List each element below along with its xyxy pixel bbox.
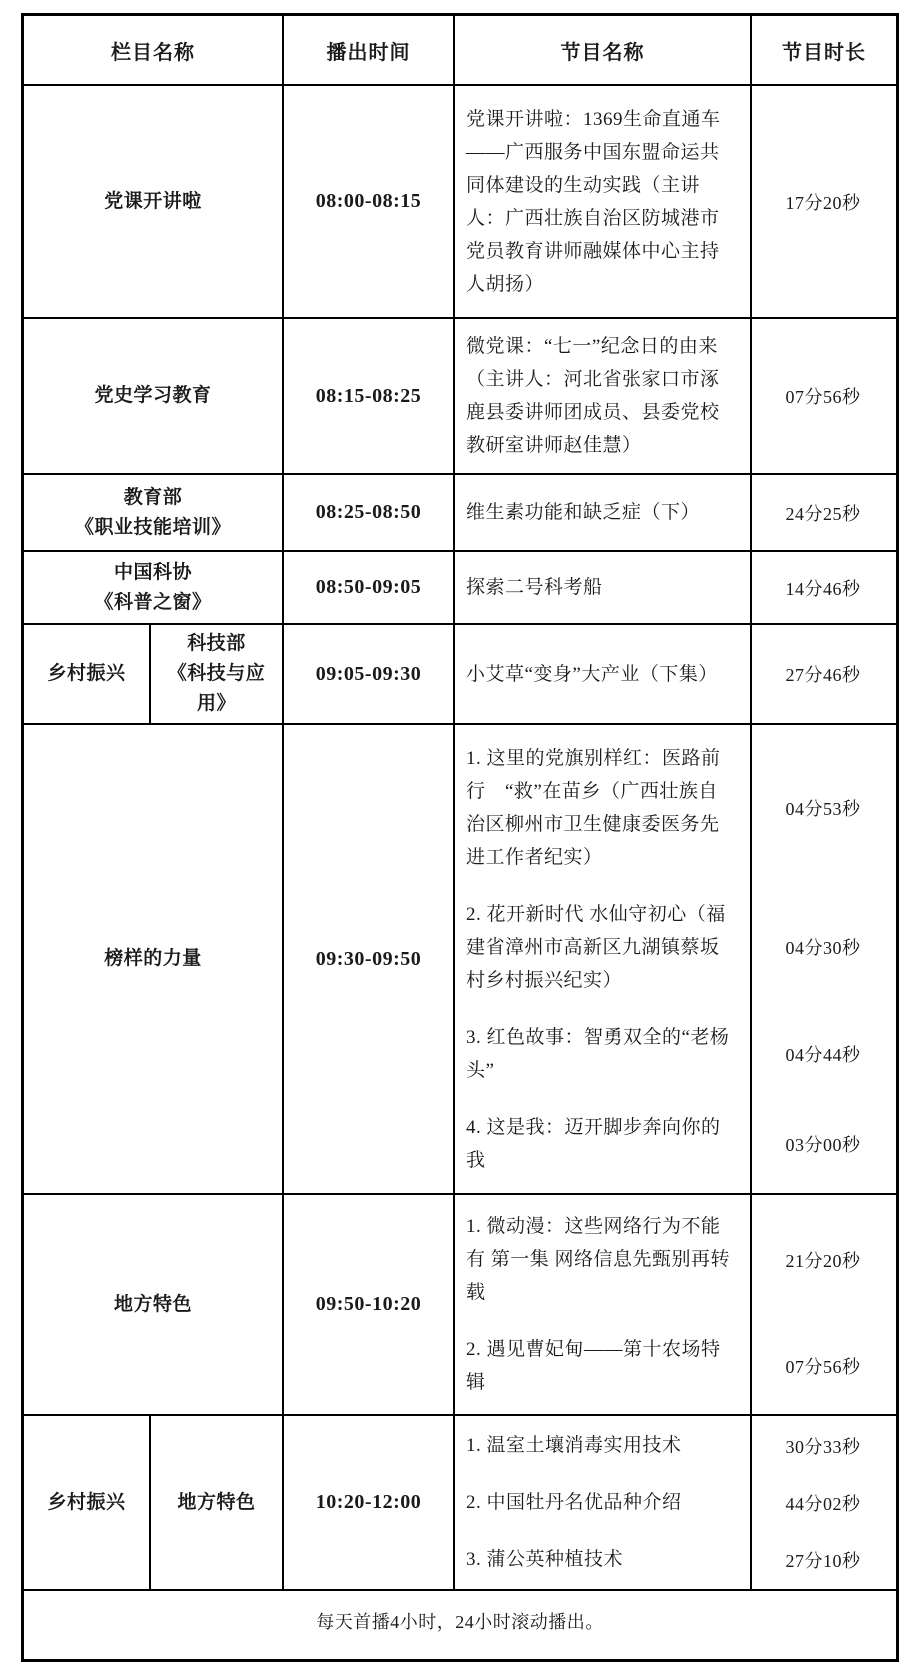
program-entry: 探索二号科考船 14分46秒 [455,571,896,604]
time-cell: 08:50-09:05 [282,550,453,623]
program-name: 维生素功能和缺乏症（下） [455,496,750,529]
program-name: 1. 微动漫：这些网络行为不能有 第一集 网络信息先甄别再转载 [455,1210,750,1309]
program-duration: 14分46秒 [750,575,896,601]
program-name: 3. 蒲公英种植技术 [455,1543,750,1576]
program-entry: 微党课：“七一”纪念日的由来（主讲人：河北省张家口市涿鹿县委讲师团成员、县委党校… [455,330,896,462]
program-name: 3. 红色故事：智勇双全的“老杨头” [455,1021,750,1087]
column-divider [750,86,752,317]
program-duration: 17分20秒 [750,189,896,215]
program-entry: 小艾草“变身”大产业（下集） 27分46秒 [455,658,896,691]
time-cell: 09:30-09:50 [282,723,453,1193]
category-cell: 地方特色 [24,1193,282,1414]
column-divider [750,1195,752,1414]
category-cell: 乡村振兴 [24,1414,149,1589]
programs-cell: 党课开讲啦：1369生命直通车——广西服务中国东盟命运共同体建设的生动实践（主讲… [453,84,896,317]
program-duration: 27分10秒 [750,1547,896,1573]
category-cell: 教育部 《职业技能培训》 [24,473,282,550]
programs-cell: 1. 微动漫：这些网络行为不能有 第一集 网络信息先甄别再转载 21分20秒 2… [453,1193,896,1414]
schedule-table: 栏目名称 播出时间 节目名称 节目时长 党课开讲啦 08:00-08:15 党课… [21,13,899,1662]
program-duration: 27分46秒 [750,661,896,687]
program-entry: 党课开讲啦：1369生命直通车——广西服务中国东盟命运共同体建设的生动实践（主讲… [455,103,896,301]
program-name: 党课开讲啦：1369生命直通车——广西服务中国东盟命运共同体建设的生动实践（主讲… [455,103,750,301]
column-divider [750,1416,752,1589]
program-duration: 44分02秒 [750,1490,896,1516]
header-program-name: 节目名称 [453,16,750,84]
column-divider [750,475,752,550]
program-name: 2. 中国牡丹名优品种介绍 [455,1486,750,1519]
category-cell: 中国科协 《科普之窗》 [24,550,282,623]
program-duration: 21分20秒 [750,1247,896,1273]
program-duration: 24分25秒 [750,500,896,526]
footer-note: 每天首播4小时，24小时滚动播出。 [24,1589,896,1659]
program-name: 小艾草“变身”大产业（下集） [455,658,750,691]
category-cell: 党课开讲啦 [24,84,282,317]
program-entry: 1. 温室土壤消毒实用技术 30分33秒 [455,1429,896,1462]
subcategory-cell: 地方特色 [149,1414,282,1589]
program-name: 2. 花开新时代 水仙守初心（福建省漳州市高新区九湖镇蔡坂村乡村振兴纪实） [455,898,750,997]
category-cell: 榜样的力量 [24,723,282,1193]
program-name: 探索二号科考船 [455,571,750,604]
header-broadcast-time: 播出时间 [282,16,453,84]
program-duration: 03分00秒 [750,1131,896,1157]
programs-cell: 小艾草“变身”大产业（下集） 27分46秒 [453,623,896,723]
time-cell: 09:50-10:20 [282,1193,453,1414]
programs-cell: 1. 这里的党旗别样红：医路前行 “救”在苗乡（广西壮族自治区柳州市卫生健康委医… [453,723,896,1193]
program-entry: 2. 花开新时代 水仙守初心（福建省漳州市高新区九湖镇蔡坂村乡村振兴纪实） 04… [455,898,896,997]
program-name: 4. 这是我：迈开脚步奔向你的我 [455,1111,750,1177]
program-duration: 07分56秒 [750,383,896,409]
program-entry: 1. 这里的党旗别样红：医路前行 “救”在苗乡（广西壮族自治区柳州市卫生健康委医… [455,742,896,874]
program-name: 1. 这里的党旗别样红：医路前行 “救”在苗乡（广西壮族自治区柳州市卫生健康委医… [455,742,750,874]
time-cell: 10:20-12:00 [282,1414,453,1589]
time-cell: 09:05-09:30 [282,623,453,723]
header-column-name: 栏目名称 [24,16,282,84]
column-divider [750,625,752,723]
subcategory-cell: 科技部 《科技与应用》 [149,623,282,723]
program-duration: 07分56秒 [750,1353,896,1379]
program-entry: 2. 中国牡丹名优品种介绍 44分02秒 [455,1486,896,1519]
program-entry: 1. 微动漫：这些网络行为不能有 第一集 网络信息先甄别再转载 21分20秒 [455,1210,896,1309]
program-duration: 04分53秒 [750,795,896,821]
program-duration: 30分33秒 [750,1433,896,1459]
header-program-duration: 节目时长 [750,16,896,84]
programs-cell: 维生素功能和缺乏症（下） 24分25秒 [453,473,896,550]
program-entry: 2. 遇见曹妃甸——第十农场特辑 07分56秒 [455,1333,896,1399]
program-entry: 4. 这是我：迈开脚步奔向你的我 03分00秒 [455,1111,896,1177]
column-divider [750,725,752,1193]
program-entry: 3. 蒲公英种植技术 27分10秒 [455,1543,896,1576]
time-cell: 08:25-08:50 [282,473,453,550]
program-entry: 3. 红色故事：智勇双全的“老杨头” 04分44秒 [455,1021,896,1087]
program-duration: 04分30秒 [750,934,896,960]
category-cell: 党史学习教育 [24,317,282,473]
program-entry: 维生素功能和缺乏症（下） 24分25秒 [455,496,896,529]
programs-cell: 探索二号科考船 14分46秒 [453,550,896,623]
program-name: 微党课：“七一”纪念日的由来（主讲人：河北省张家口市涿鹿县委讲师团成员、县委党校… [455,330,750,462]
programs-cell: 1. 温室土壤消毒实用技术 30分33秒 2. 中国牡丹名优品种介绍 44分02… [453,1414,896,1589]
programs-cell: 微党课：“七一”纪念日的由来（主讲人：河北省张家口市涿鹿县委讲师团成员、县委党校… [453,317,896,473]
category-cell: 乡村振兴 [24,623,149,723]
time-cell: 08:15-08:25 [282,317,453,473]
column-divider [750,319,752,473]
program-name: 1. 温室土壤消毒实用技术 [455,1429,750,1462]
time-cell: 08:00-08:15 [282,84,453,317]
column-divider [750,552,752,623]
program-duration: 04分44秒 [750,1041,896,1067]
program-name: 2. 遇见曹妃甸——第十农场特辑 [455,1333,750,1399]
